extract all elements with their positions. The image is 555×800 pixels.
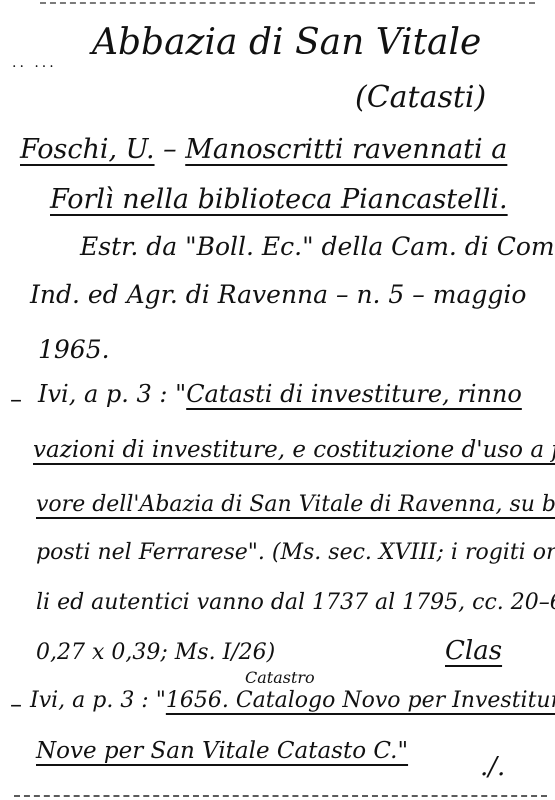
entry1-line-2: vazioni di investiture, e costituzione d… <box>33 437 555 463</box>
entry1-line-3: vore dell'Abazia di San Vitale di Ravenn… <box>36 492 555 517</box>
classification-annotation: Clas <box>445 636 502 666</box>
entry2-text-1: 1656. Catalogo Novo per Investiture <box>166 688 555 713</box>
entry1-line-5: li ed autentici vanno dal 1737 al 1795, … <box>36 590 555 615</box>
document-subheading: (Catasti) <box>355 80 486 115</box>
entry1-text-1: Catasti di investiture, rinno <box>186 380 522 408</box>
citation-title-1: Manoscritti ravennati a <box>185 134 507 165</box>
entry1-bullet: – <box>10 385 22 413</box>
document-card: .. ... Abbazia di San Vitale (Catasti) F… <box>0 0 555 800</box>
source-line-2: Ind. ed Agr. di Ravenna – n. 5 – maggio <box>30 280 526 309</box>
entry2-prefix: Ivi, a p. 3 : " <box>30 688 166 713</box>
citation-line-1: Foschi, U. – Manoscritti ravennati a <box>20 134 507 165</box>
entry2-line-2: Nove per San Vitale Catasto C." <box>36 738 408 764</box>
citation-line-2: Forlì nella biblioteca Piancastelli. <box>50 184 508 215</box>
entry1-prefix: Ivi, a p. 3 : " <box>38 380 186 408</box>
entry1-line-6: 0,27 x 0,39; Ms. I/26) <box>36 640 275 665</box>
entry1-line-1: Ivi, a p. 3 : "Catasti di investiture, r… <box>38 380 522 408</box>
end-mark: ./. <box>480 752 505 782</box>
entry2-correction: Catastro <box>245 668 315 687</box>
citation-separator: – <box>163 134 177 165</box>
citation-author: Foschi, U. <box>20 134 155 165</box>
entry2-bullet: – <box>10 690 22 718</box>
card-top-edge <box>40 2 535 4</box>
citation-title-2: Forlì nella biblioteca Piancastelli. <box>50 184 508 215</box>
card-bottom-edge <box>14 795 547 797</box>
entry1-line-4: posti nel Ferrarese". (Ms. sec. XVIII; i… <box>36 540 555 565</box>
entry2-line-1: Ivi, a p. 3 : "1656. Catalogo Novo per I… <box>30 688 555 713</box>
source-line-3: 1965. <box>38 335 110 364</box>
source-line-1: Estr. da "Boll. Ec." della Cam. di Comm.… <box>80 232 555 261</box>
document-heading: Abbazia di San Vitale <box>92 22 481 63</box>
margin-dots: .. ... <box>12 55 57 71</box>
